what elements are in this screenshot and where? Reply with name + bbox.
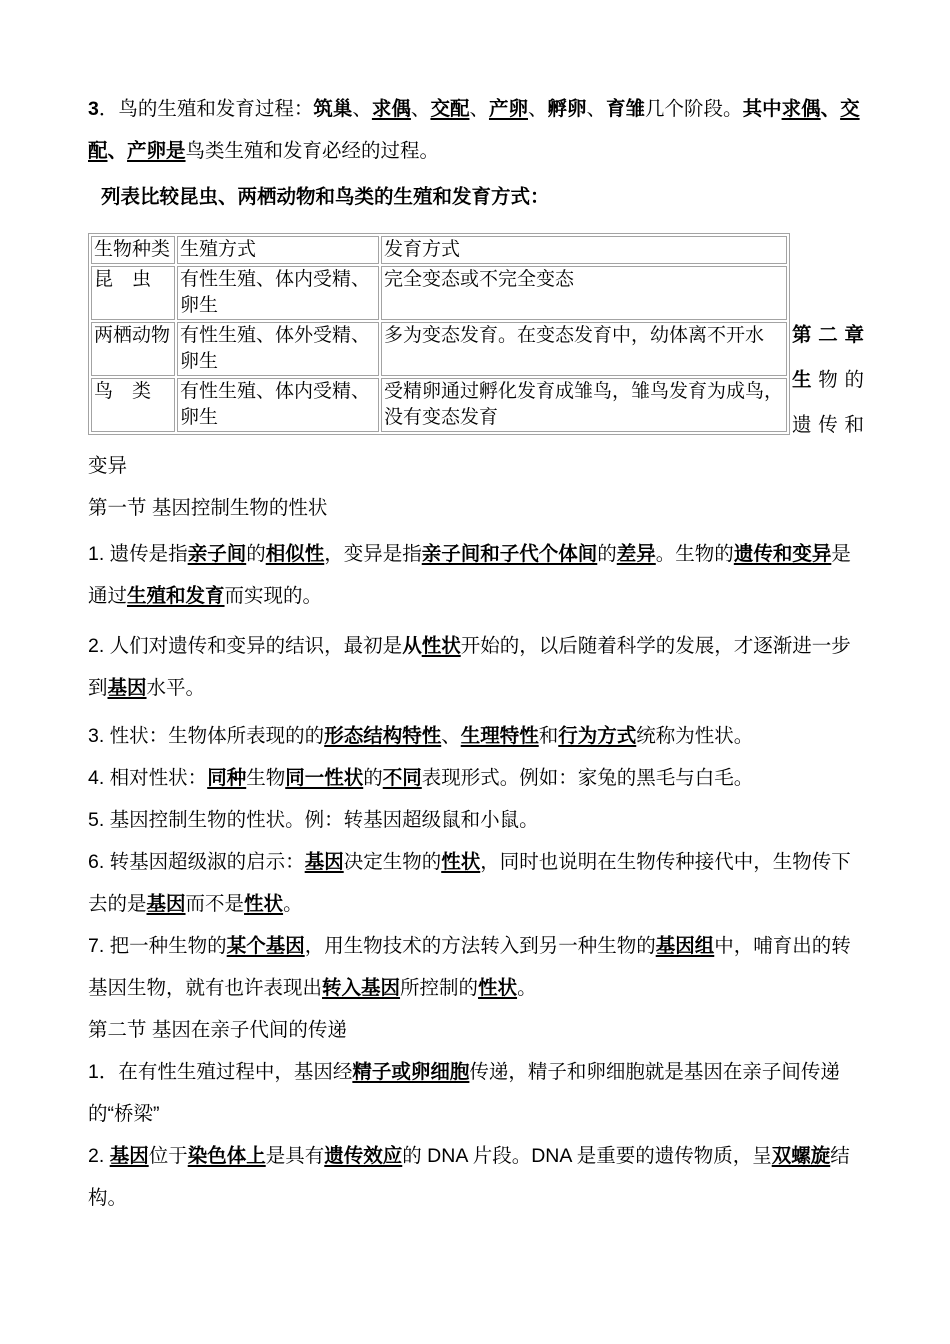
text-run: 。: [517, 977, 537, 999]
text-run: 遗传和变异: [734, 543, 832, 565]
section1-heading: 第一节 基因控制生物的性状: [88, 487, 866, 529]
document-page: 3．鸟的生殖和发育过程：筑巢、求偶、交配、产卵、孵卵、育雏几个阶段。其中求偶、交…: [0, 0, 950, 1344]
table-row-amphibian: 两栖动物 有性生殖、体外受精、卵生 多为变态发育。在变态发育中，幼体离不开水: [91, 322, 787, 376]
text-run: 交配: [430, 98, 469, 120]
text-run: 不同: [383, 767, 422, 789]
table-section: 生物种类 生殖方式 发育方式 昆 虫 有性生殖、体内受精、卵生 完全变态或不完全…: [88, 233, 866, 433]
text-run: 求偶: [782, 98, 821, 120]
text-run: 转入基因: [322, 977, 400, 999]
text-run: 所控制的: [400, 977, 478, 999]
note-item-5: 5. 基因控制生物的性状。例：转基因超级鼠和小鼠。: [88, 799, 866, 841]
text-run: 生殖和发育: [127, 585, 225, 607]
text-run: 的: [844, 358, 864, 403]
cell-amphibian-reproduction: 有性生殖、体外受精、卵生: [177, 322, 379, 376]
text-run: 生理特性: [461, 725, 539, 747]
note-item-6: 6. 转基因超级淑的启示：基因决定生物的性状，同时也说明在生物传种接代中，生物传…: [88, 841, 866, 925]
text-run: 产卵是: [127, 140, 186, 162]
note-bird-reproduction: 3．鸟的生殖和发育过程：筑巢、求偶、交配、产卵、孵卵、育雏几个阶段。其中求偶、交…: [88, 88, 866, 172]
text-run: 、: [528, 98, 548, 120]
text-run: 基因组: [656, 935, 715, 957]
text-run: 筑巢: [313, 98, 352, 120]
text-run: 的 DNA 片段。DNA 是重要的遗传物质，呈: [402, 1145, 771, 1167]
cell-amphibian-development: 多为变态发育。在变态发育中，幼体离不开水: [381, 322, 787, 376]
text-run: 育雏: [606, 98, 645, 120]
text-run: 某个基因: [227, 935, 305, 957]
text-run: 2.: [88, 1145, 110, 1167]
cell-insect-development: 完全变态或不完全变态: [381, 266, 787, 320]
text-run: 基因: [108, 677, 147, 699]
text-run: 表现形式。例如：家兔的黑毛与白毛。: [422, 767, 754, 789]
text-run: 几个阶段。: [645, 98, 743, 120]
text-run: 亲子间和子代个体间: [422, 543, 598, 565]
text-run: 的: [597, 543, 617, 565]
text-run: 3: [88, 98, 99, 120]
text-run: 从: [402, 635, 422, 657]
text-run: 、: [441, 725, 461, 747]
text-run: 染色体上: [188, 1145, 266, 1167]
text-run: 双螺旋: [772, 1145, 831, 1167]
text-run: 2. 人们对遗传和变异的结识，最初是: [88, 635, 402, 657]
text-run: ．鸟的生殖和发育过程：: [99, 98, 314, 120]
text-run: 生物: [246, 767, 285, 789]
text-run: 而不是: [186, 893, 245, 915]
text-run: 6. 转基因超级淑的启示：: [88, 851, 305, 873]
text-run: 生: [792, 358, 812, 403]
text-run: 5. 基因控制生物的性状。例：转基因超级鼠和小鼠。: [88, 809, 539, 831]
cell-amphibian-name: 两栖动物: [91, 322, 175, 376]
chapter2-title-line-1: 第二章: [792, 313, 864, 358]
text-run: 决定生物的: [344, 851, 442, 873]
chapter2-title-line-3: 遗传和: [792, 403, 864, 448]
text-run: 遗传效应: [324, 1145, 402, 1167]
text-run: 统称为性状。: [636, 725, 753, 747]
col-header-species: 生物种类: [91, 236, 175, 264]
text-run: 变异: [88, 455, 127, 477]
text-run: 章: [844, 313, 864, 358]
text-run: 性状: [441, 851, 480, 873]
table-header-row: 生物种类 生殖方式 发育方式: [91, 236, 787, 264]
text-run: 和: [539, 725, 559, 747]
text-run: 第: [792, 313, 812, 358]
text-run: 、: [587, 98, 607, 120]
chapter2-title-wrap: 第二章 生物的 遗传和: [792, 313, 864, 448]
text-run: 水平。: [147, 677, 206, 699]
text-run: 基因: [305, 851, 344, 873]
text-run: 遗: [792, 403, 812, 448]
text-run: 、: [108, 140, 128, 162]
text-run: 产卵: [489, 98, 528, 120]
text-run: 同种: [207, 767, 246, 789]
text-run: 性状: [478, 977, 517, 999]
col-header-reproduction-mode: 生殖方式: [177, 236, 379, 264]
text-run: 孵卵: [548, 98, 587, 120]
text-run: 精子或卵细胞: [352, 1061, 469, 1083]
cell-bird-reproduction: 有性生殖、体内受精、卵生: [177, 378, 379, 432]
text-run: 基因: [147, 893, 186, 915]
text-run: 鸟类生殖和发育必经的过程。: [186, 140, 440, 162]
reproduction-development-table: 生物种类 生殖方式 发育方式 昆 虫 有性生殖、体内受精、卵生 完全变态或不完全…: [88, 233, 790, 435]
text-run: 、: [469, 98, 489, 120]
text-run: 1. 遗传是指: [88, 543, 188, 565]
text-run: 性状: [422, 635, 461, 657]
text-run: 性状: [244, 893, 283, 915]
text-run: 和: [844, 403, 864, 448]
note-item-s2-2: 2. 基因位于染色体上是具有遗传效应的 DNA 片段。DNA 是重要的遗传物质，…: [88, 1135, 866, 1219]
text-run: 、: [821, 98, 841, 120]
text-run: 的: [363, 767, 383, 789]
text-run: 传: [818, 403, 838, 448]
text-run: 7. 把一种生物的: [88, 935, 227, 957]
text-run: 、: [411, 98, 431, 120]
note-item-s2-1: 1．在有性生殖过程中，基因经精子或卵细胞传递，精子和卵细胞就是基因在亲子间传递的…: [88, 1051, 866, 1135]
note-item-2: 2. 人们对遗传和变异的结识，最初是从性状开始的，以后随着科学的发展，才逐渐进一…: [88, 625, 866, 709]
compare-table-heading: 列表比较昆虫、两栖动物和鸟类的生殖和发育方式：: [88, 176, 866, 218]
text-run: 、: [352, 98, 372, 120]
note-item-1: 1. 遗传是指亲子间的相似性，变异是指亲子间和子代个体间的差异。生物的遗传和变异…: [88, 533, 866, 617]
cell-bird-development: 受精卵通过孵化发育成雏鸟，雏鸟发育为成鸟，没有变态发育: [381, 378, 787, 432]
table-row-insect: 昆 虫 有性生殖、体内受精、卵生 完全变态或不完全变态: [91, 266, 787, 320]
chapter2-title-overflow: 变异: [88, 445, 866, 487]
text-run: 相似性: [266, 543, 325, 565]
text-run: 物: [818, 358, 838, 403]
section2-heading: 第二节 基因在亲子代间的传递: [88, 1009, 866, 1051]
text-run: 4. 相对性状：: [88, 767, 207, 789]
text-run: 是具有: [266, 1145, 325, 1167]
text-run: 求偶: [372, 98, 411, 120]
text-run: 行为方式: [558, 725, 636, 747]
text-run: 。生物的: [656, 543, 734, 565]
text-run: 差异: [617, 543, 656, 565]
text-run: 1．在有性生殖过程中，基因经: [88, 1061, 352, 1083]
note-item-3: 3. 性状：生物体所表现的的形态结构特性、生理特性和行为方式统称为性状。: [88, 715, 866, 757]
text-run: 。: [283, 893, 303, 915]
text-run: 形态结构特性: [324, 725, 441, 747]
note-item-4: 4. 相对性状：同种生物同一性状的不同表现形式。例如：家兔的黑毛与白毛。: [88, 757, 866, 799]
text-run: ，用生物技术的方法转入到另一种生物的: [305, 935, 656, 957]
text-run: 同一性状: [285, 767, 363, 789]
text-run: 的: [246, 543, 266, 565]
text-run: 其中: [743, 98, 782, 120]
text-run: 二: [818, 313, 838, 358]
note-item-7: 7. 把一种生物的某个基因，用生物技术的方法转入到另一种生物的基因组中，哺育出的…: [88, 925, 866, 1009]
text-run: 3. 性状：生物体所表现的的: [88, 725, 324, 747]
chapter2-title-line-2: 生物的: [792, 358, 864, 403]
text-run: ，变异是指: [324, 543, 422, 565]
col-header-development-mode: 发育方式: [381, 236, 787, 264]
text-run: 而实现的。: [225, 585, 323, 607]
cell-bird-name: 鸟 类: [91, 378, 175, 432]
text-run: 位于: [149, 1145, 188, 1167]
table-row-bird: 鸟 类 有性生殖、体内受精、卵生 受精卵通过孵化发育成雏鸟，雏鸟发育为成鸟，没有…: [91, 378, 787, 432]
text-run: 基因: [110, 1145, 149, 1167]
cell-insect-reproduction: 有性生殖、体内受精、卵生: [177, 266, 379, 320]
cell-insect-name: 昆 虫: [91, 266, 175, 320]
text-run: 亲子间: [188, 543, 247, 565]
